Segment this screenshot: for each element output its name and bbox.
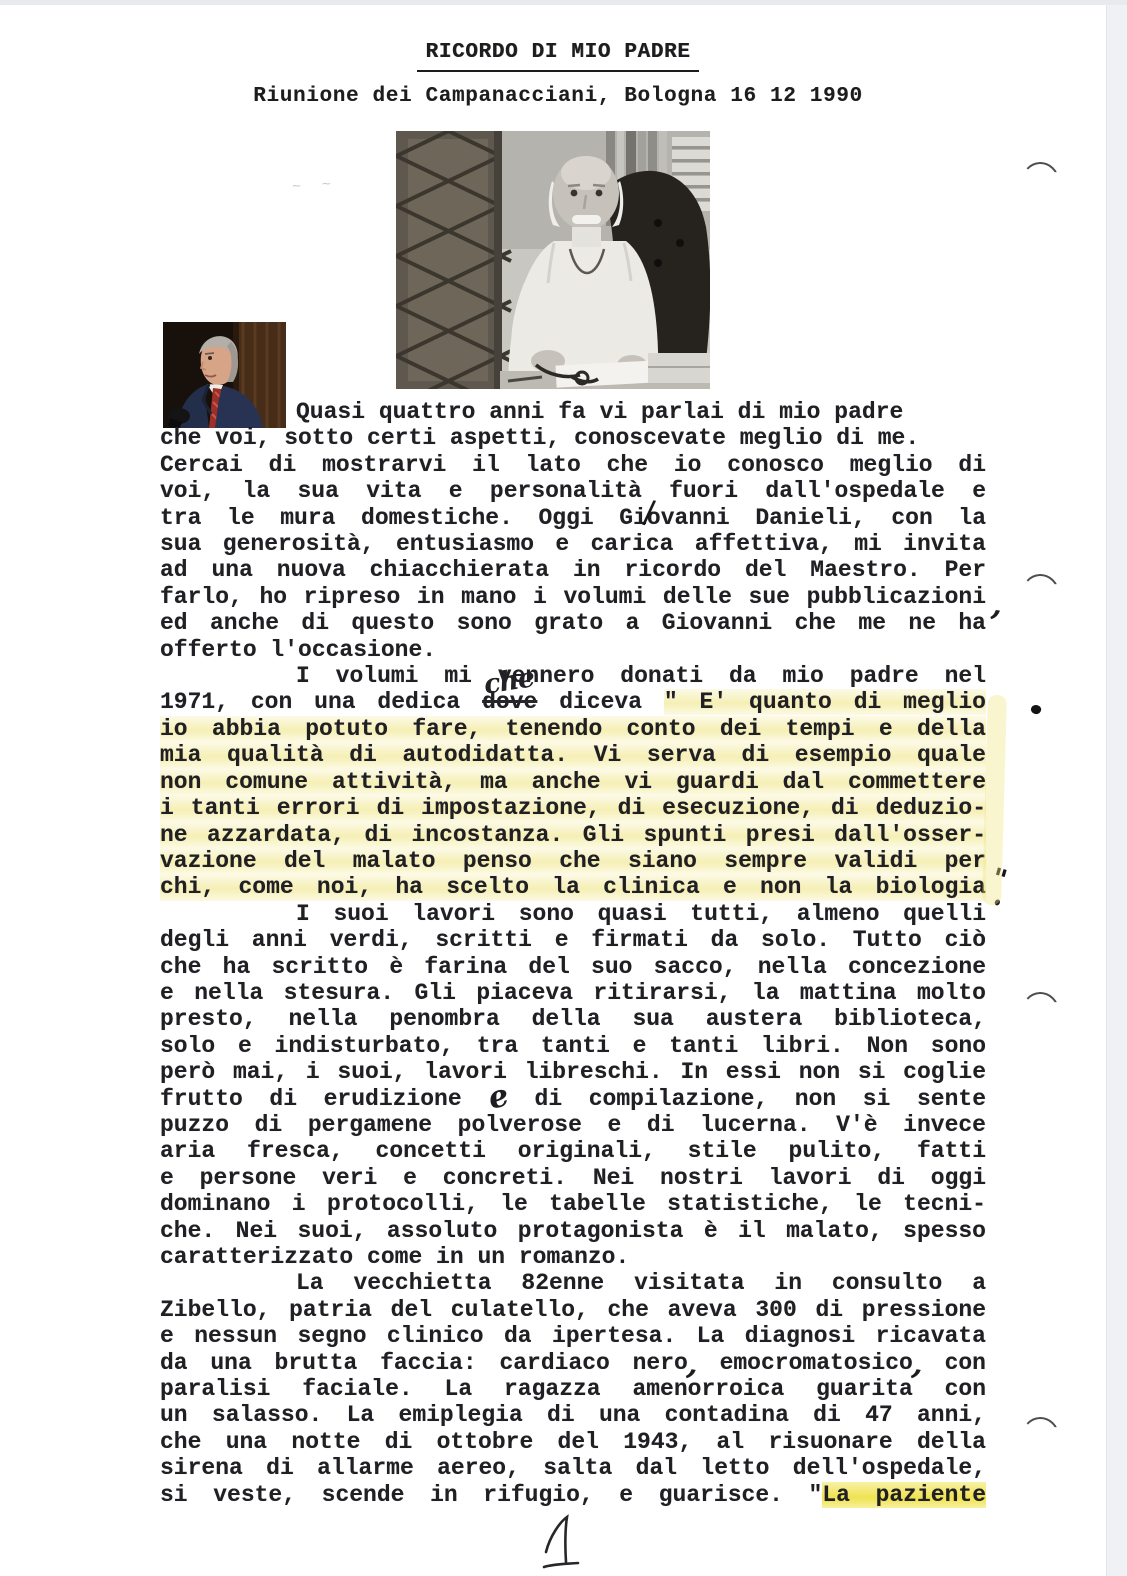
handwritten-comma-overhang: , [990, 592, 1004, 620]
text-line: tra le mura domestiche. Oggi Gi/ovanni D… [160, 505, 986, 531]
text-segment: presto, nella penombra della sua austera… [160, 1006, 986, 1032]
text-line: solo e indisturbato, tra tanti e tanti l… [160, 1033, 986, 1059]
text-segment: sua generosità, entusiasmo e carica affe… [160, 531, 986, 557]
text-segment: che voi, sotto certi aspetti, conoscevat… [160, 425, 919, 451]
text-line: aria fresca, concetti originali, stile p… [160, 1138, 986, 1164]
strikethrough-dove: doveche [482, 689, 537, 715]
photo-father-at-desk [396, 131, 710, 389]
text-segment: ovanni Danieli, con la [647, 505, 986, 531]
text-line: ne azzardata, di incostanza. Gli spunti … [160, 822, 986, 848]
text-line: un salasso. La emiplegia di una contadin… [160, 1402, 986, 1428]
text-segment: vazione del malato penso che siano sempr… [160, 848, 986, 874]
text-line: I volumi mi vennero donati da mio padre … [160, 663, 986, 689]
highlighted-text: " E' quanto di meglio [664, 689, 986, 715]
text-segment: e persone veri e concreti. Nei nostri la… [160, 1165, 986, 1191]
text-line: si veste, scende in rifugio, e guarisce.… [160, 1482, 986, 1508]
text-segment: si veste, scende in rifugio, e guarisce.… [160, 1482, 822, 1508]
text-segment: sirena di allarme aereo, salta dal letto… [160, 1455, 986, 1481]
text-segment: che. Nei suoi, assoluto protagonista è i… [160, 1218, 986, 1244]
text-line: vazione del malato penso che siano sempr… [160, 848, 986, 874]
paragraph: Quasi quattro anni fa vi parlai di mio p… [160, 399, 986, 663]
text-segment: offerto l'occasione. [160, 637, 436, 663]
ink-dot [1030, 703, 1043, 715]
pencil-smudge: ~ ~ [292, 173, 383, 196]
text-line: che. Nei suoi, assoluto protagonista è i… [160, 1218, 986, 1244]
paragraph: La vecchietta 82enne visitata in consult… [160, 1270, 986, 1508]
text-segment: un salasso. La emiplegia di una contadin… [160, 1402, 986, 1428]
scan-edge-right [1106, 5, 1127, 1576]
text-segment: ed anche di questo sono grato a Giovanni… [160, 610, 986, 636]
handwritten-che: che [482, 666, 536, 700]
binder-ring-mark [1021, 161, 1060, 182]
text-segment: farlo, ho ripreso in mano i volumi delle… [160, 584, 986, 610]
highlighted-text-bright: La paziente [822, 1482, 986, 1508]
text-segment: solo e indisturbato, tra tanti e tanti l… [160, 1033, 986, 1059]
text-line: da una brutta faccia: cardiaco nero, emo… [160, 1350, 986, 1376]
text-segment: diceva [537, 689, 664, 715]
paragraph: I suoi lavori sono quasi tutti, almeno q… [160, 901, 986, 1271]
text-segment: chi, come noi, ha scelto la clinica e no… [160, 874, 986, 900]
text-line: sirena di allarme aereo, salta dal letto… [160, 1455, 986, 1481]
text-line: frutto di erudizione e di compilazione, … [160, 1086, 986, 1112]
text-segment: La vecchietta 82enne visitata in consult… [296, 1270, 986, 1296]
handwritten-comma: , [913, 1364, 922, 1366]
text-segment: però mai, i suoi, lavori libreschi. In e… [160, 1059, 986, 1085]
text-line: degli anni verdi, scritti e firmati da s… [160, 927, 986, 953]
text-segment: ne azzardata, di incostanza. Gli spunti … [160, 822, 986, 848]
text-segment: frutto di erudizione [160, 1086, 488, 1112]
text-line: presto, nella penombra della sua austera… [160, 1006, 986, 1032]
text-segment: degli anni verdi, scritti e firmati da s… [160, 927, 986, 953]
text-line: e nessun segno clinico da ipertesa. La d… [160, 1323, 986, 1349]
text-line: mia qualità di autodidatta. Vi serva di … [160, 742, 986, 768]
document-header: RICORDO DI MIO PADRE Riunione dei Campan… [130, 40, 986, 109]
text-line: sua generosità, entusiasmo e carica affe… [160, 531, 986, 557]
text-line: io abbia potuto fare, tenendo conto dei … [160, 716, 986, 742]
text-line: La vecchietta 82enne visitata in consult… [160, 1270, 986, 1296]
text-segment: non comune attività, ma anche vi guardi … [160, 769, 986, 795]
text-segment: I suoi lavori sono quasi tutti, almeno q… [296, 901, 986, 927]
text-line: ad una nuova chiacchierata in ricordo de… [160, 557, 986, 583]
text-line: i tanti errori di impostazione, di esecu… [160, 795, 986, 821]
handwritten-comma: , [688, 1364, 697, 1366]
text-segment: con [922, 1350, 986, 1376]
binder-ring-mark [1021, 1416, 1060, 1437]
text-segment: Cercai di mostrarvi il lato che io conos… [160, 452, 986, 478]
text-line: chi, come noi, ha scelto la clinica e no… [160, 874, 986, 900]
text-segment: emocromatosico [697, 1350, 913, 1376]
text-body: Quasi quattro anni fa vi parlai di mio p… [160, 399, 986, 1508]
text-line: Zibello, patria del culatello, che aveva… [160, 1297, 986, 1323]
text-segment: voi, la sua vita e personalità fuori dal… [160, 478, 986, 504]
text-segment: paralisi faciale. La ragazza amenorroica… [160, 1376, 986, 1402]
text-segment: 1971, con una dedica [160, 689, 482, 715]
text-line: non comune attività, ma anche vi guardi … [160, 769, 986, 795]
text-segment: Zibello, patria del culatello, che aveva… [160, 1297, 986, 1323]
text-segment: che ha scritto è farina del suo sacco, n… [160, 954, 986, 980]
page-title: RICORDO DI MIO PADRE [417, 40, 698, 72]
paragraph: I volumi mi vennero donati da mio padre … [160, 663, 986, 901]
text-segment: che una notte di ottobre del 1943, al ri… [160, 1429, 986, 1455]
text-segment: da una brutta faccia: cardiaco nero [160, 1350, 688, 1376]
scanned-page: RICORDO DI MIO PADRE Riunione dei Campan… [0, 0, 1127, 1576]
text-line: e persone veri e concreti. Nei nostri la… [160, 1165, 986, 1191]
text-line: però mai, i suoi, lavori libreschi. In e… [160, 1059, 986, 1085]
text-line: Cercai di mostrarvi il lato che io conos… [160, 452, 986, 478]
text-segment: e nessun segno clinico da ipertesa. La d… [160, 1323, 986, 1349]
text-line: Quasi quattro anni fa vi parlai di mio p… [160, 399, 986, 425]
text-segment: caratterizzato come in un romanzo. [160, 1244, 629, 1270]
text-line: dominano i protocolli, le tabelle statis… [160, 1191, 986, 1217]
scan-edge-top [0, 0, 1127, 5]
text-segment: mia qualità di autodidatta. Vi serva di … [160, 742, 986, 768]
text-line: paralisi faciale. La ragazza amenorroica… [160, 1376, 986, 1402]
text-segment: ad una nuova chiacchierata in ricordo de… [160, 557, 986, 583]
text-line: e nella stesura. Gli piaceva ritirarsi, … [160, 980, 986, 1006]
text-segment: Quasi quattro anni fa vi parlai di mio p… [296, 399, 903, 425]
handwritten-e: e [489, 1094, 508, 1099]
text-line: voi, la sua vita e personalità fuori dal… [160, 478, 986, 504]
text-line: che ha scritto è farina del suo sacco, n… [160, 954, 986, 980]
text-segment: aria fresca, concetti originali, stile p… [160, 1138, 986, 1164]
binder-ring-mark [1021, 991, 1060, 1012]
text-line: che una notte di ottobre del 1943, al ri… [160, 1429, 986, 1455]
text-segment: io abbia potuto fare, tenendo conto dei … [160, 716, 986, 742]
text-line: offerto l'occasione. [160, 637, 986, 663]
text-segment: e nella stesura. Gli piaceva ritirarsi, … [160, 980, 986, 1006]
text-segment: di compilazione, non si sente [508, 1086, 986, 1112]
text-line: I suoi lavori sono quasi tutti, almeno q… [160, 901, 986, 927]
page-subtitle: Riunione dei Campanacciani, Bologna 16 1… [130, 85, 986, 109]
text-segment: I volumi mi vennero donati da mio padre … [296, 663, 986, 689]
text-line: che voi, sotto certi aspetti, conoscevat… [160, 425, 986, 451]
text-line: ed anche di questo sono grato a Giovanni… [160, 610, 986, 636]
handwritten-page-number: 1 [534, 1512, 588, 1572]
text-line: farlo, ho ripreso in mano i volumi delle… [160, 584, 986, 610]
binder-ring-mark [1021, 573, 1060, 594]
text-segment: puzzo di pergamene polverose e di lucern… [160, 1112, 986, 1138]
text-line: caratterizzato come in un romanzo. [160, 1244, 986, 1270]
text-line: 1971, con una dedica doveche diceva " E'… [160, 689, 986, 715]
text-segment: i tanti errori di impostazione, di esecu… [160, 795, 986, 821]
text-segment: tra le mura domestiche. Oggi Gi [160, 505, 647, 531]
text-segment: dominano i protocolli, le tabelle statis… [160, 1191, 986, 1217]
text-line: puzzo di pergamene polverose e di lucern… [160, 1112, 986, 1138]
